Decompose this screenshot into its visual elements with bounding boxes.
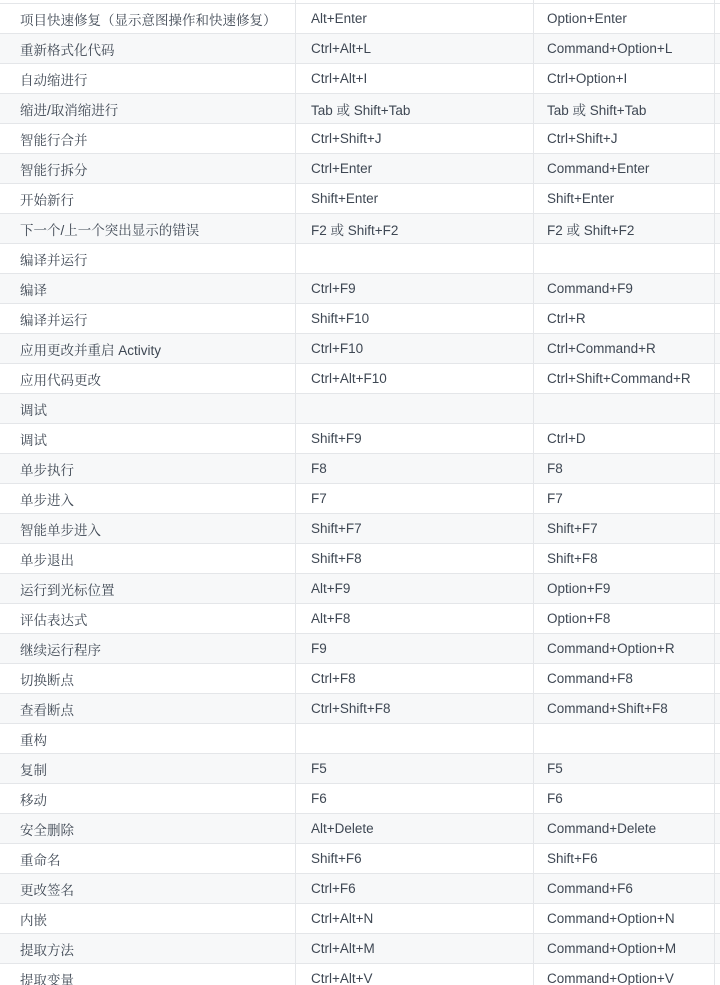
windows-shortcut-cell: Shift+F10 (295, 304, 533, 333)
action-cell: 编译并运行 (0, 244, 295, 273)
table-row: 智能行合并 Ctrl+Shift+J Ctrl+Shift+J (0, 123, 720, 153)
action-cell: 重命名 (0, 844, 295, 873)
table-edge-sliver (714, 484, 720, 513)
action-cell: 重构 (0, 724, 295, 753)
table-edge-sliver (714, 874, 720, 903)
action-cell: 下一个/上一个突出显示的错误 (0, 214, 295, 243)
action-cell: 继续运行程序 (0, 634, 295, 663)
windows-shortcut-cell: Ctrl+F9 (295, 274, 533, 303)
table-edge-sliver (714, 274, 720, 303)
mac-shortcut-cell: Command+Option+M (533, 934, 714, 963)
action-cell: 复制 (0, 754, 295, 783)
windows-shortcut-cell: Ctrl+Alt+N (295, 904, 533, 933)
windows-shortcut-cell: Ctrl+F6 (295, 874, 533, 903)
table-row: 内嵌 Ctrl+Alt+N Command+Option+N (0, 903, 720, 933)
action-cell: 编译 (0, 274, 295, 303)
table-edge-sliver (714, 94, 720, 123)
table-row: 智能单步进入 Shift+F7 Shift+F7 (0, 513, 720, 543)
windows-shortcut-cell: Shift+F6 (295, 844, 533, 873)
table-edge-sliver (714, 904, 720, 933)
action-cell: 智能行拆分 (0, 154, 295, 183)
mac-shortcut-cell (533, 0, 714, 3)
windows-shortcut-cell: Ctrl+Enter (295, 154, 533, 183)
table-row: 提取变量 Ctrl+Alt+V Command+Option+V (0, 963, 720, 985)
windows-shortcut-cell: F5 (295, 754, 533, 783)
table-edge-sliver (714, 244, 720, 273)
table-edge-sliver (714, 4, 720, 33)
table-edge-sliver (714, 754, 720, 783)
mac-shortcut-cell: F7 (533, 484, 714, 513)
action-cell: 应用代码更改 (0, 364, 295, 393)
mac-shortcut-cell: Command+F9 (533, 274, 714, 303)
action-cell: 提取方法 (0, 934, 295, 963)
mac-shortcut-cell: Shift+F7 (533, 514, 714, 543)
table-edge-sliver (714, 664, 720, 693)
windows-shortcut-cell: F8 (295, 454, 533, 483)
mac-shortcut-cell: Shift+F6 (533, 844, 714, 873)
action-cell: 提取变量 (0, 964, 295, 985)
table-row: 更改签名 Ctrl+F6 Command+F6 (0, 873, 720, 903)
table-row: 编译并运行 (0, 243, 720, 273)
table-row: 调试 (0, 393, 720, 423)
mac-shortcut-cell: Option+Enter (533, 4, 714, 33)
mac-shortcut-cell: Command+Option+L (533, 34, 714, 63)
windows-shortcut-cell: Ctrl+Alt+M (295, 934, 533, 963)
action-cell: 切换断点 (0, 664, 295, 693)
windows-shortcut-cell: Ctrl+Alt+L (295, 34, 533, 63)
action-cell: 单步执行 (0, 454, 295, 483)
table-row: 继续运行程序 F9 Command+Option+R (0, 633, 720, 663)
action-cell: 运行到光标位置 (0, 574, 295, 603)
action-cell: 安全删除 (0, 814, 295, 843)
mac-shortcut-cell: Command+Option+N (533, 904, 714, 933)
windows-shortcut-cell: Ctrl+Alt+V (295, 964, 533, 985)
mac-shortcut-cell: Ctrl+Option+I (533, 64, 714, 93)
table-edge-sliver (714, 454, 720, 483)
action-cell: 调试 (0, 394, 295, 423)
windows-shortcut-cell: Ctrl+F10 (295, 334, 533, 363)
table-edge-sliver (714, 124, 720, 153)
table-edge-sliver (714, 544, 720, 573)
action-cell: 调试 (0, 424, 295, 453)
mac-shortcut-cell (533, 394, 714, 423)
mac-shortcut-cell: Command+Delete (533, 814, 714, 843)
table-edge-sliver (714, 784, 720, 813)
windows-shortcut-cell (295, 244, 533, 273)
mac-shortcut-cell: F5 (533, 754, 714, 783)
action-cell: 更改签名 (0, 874, 295, 903)
table-row: 重命名 Shift+F6 Shift+F6 (0, 843, 720, 873)
action-cell: 移动 (0, 784, 295, 813)
table-edge-sliver (714, 694, 720, 723)
action-cell: 重新格式化代码 (0, 34, 295, 63)
table-row: 自动缩进行 Ctrl+Alt+I Ctrl+Option+I (0, 63, 720, 93)
table-row: 重构 (0, 723, 720, 753)
windows-shortcut-cell: Alt+F9 (295, 574, 533, 603)
windows-shortcut-cell: Alt+F8 (295, 604, 533, 633)
table-edge-sliver (714, 0, 720, 3)
windows-shortcut-cell: F9 (295, 634, 533, 663)
table-edge-sliver (714, 334, 720, 363)
mac-shortcut-cell: Command+Shift+F8 (533, 694, 714, 723)
windows-shortcut-cell: Ctrl+Shift+J (295, 124, 533, 153)
action-cell: 开始新行 (0, 184, 295, 213)
windows-shortcut-cell: F7 (295, 484, 533, 513)
table-row: 查看断点 Ctrl+Shift+F8 Command+Shift+F8 (0, 693, 720, 723)
table-row: 移动 F6 F6 (0, 783, 720, 813)
table-edge-sliver (714, 724, 720, 753)
windows-shortcut-cell (295, 724, 533, 753)
mac-shortcut-cell: Command+Enter (533, 154, 714, 183)
table-row: 调试 Shift+F9 Ctrl+D (0, 423, 720, 453)
shortcut-reference-page: 项目快速修复（显示意图操作和快速修复） Alt+Enter Option+Ent… (0, 0, 720, 985)
windows-shortcut-cell: Shift+F7 (295, 514, 533, 543)
table-row: 应用代码更改 Ctrl+Alt+F10 Ctrl+Shift+Command+R (0, 363, 720, 393)
windows-shortcut-cell: Ctrl+F8 (295, 664, 533, 693)
action-cell: 智能行合并 (0, 124, 295, 153)
action-cell: 编译并运行 (0, 304, 295, 333)
mac-shortcut-cell: Option+F8 (533, 604, 714, 633)
windows-shortcut-cell (295, 0, 533, 3)
table-row: 运行到光标位置 Alt+F9 Option+F9 (0, 573, 720, 603)
windows-shortcut-cell: Ctrl+Alt+F10 (295, 364, 533, 393)
action-cell: 智能单步进入 (0, 514, 295, 543)
table-row: 重新格式化代码 Ctrl+Alt+L Command+Option+L (0, 33, 720, 63)
table-row: 切换断点 Ctrl+F8 Command+F8 (0, 663, 720, 693)
mac-shortcut-cell: Ctrl+R (533, 304, 714, 333)
mac-shortcut-cell (533, 724, 714, 753)
table-row: 项目快速修复（显示意图操作和快速修复） Alt+Enter Option+Ent… (0, 3, 720, 33)
table-row: 提取方法 Ctrl+Alt+M Command+Option+M (0, 933, 720, 963)
table-edge-sliver (714, 964, 720, 985)
table-row: 编译并运行 Shift+F10 Ctrl+R (0, 303, 720, 333)
windows-shortcut-cell (295, 394, 533, 423)
table-row: 单步退出 Shift+F8 Shift+F8 (0, 543, 720, 573)
mac-shortcut-cell: Ctrl+D (533, 424, 714, 453)
shortcut-table: 项目快速修复（显示意图操作和快速修复） Alt+Enter Option+Ent… (0, 0, 720, 985)
table-edge-sliver (714, 604, 720, 633)
table-edge-sliver (714, 634, 720, 663)
table-edge-sliver (714, 34, 720, 63)
table-row: 下一个/上一个突出显示的错误 F2 或 Shift+F2 F2 或 Shift+… (0, 213, 720, 243)
windows-shortcut-cell: Tab 或 Shift+Tab (295, 94, 533, 123)
mac-shortcut-cell: Command+Option+V (533, 964, 714, 985)
windows-shortcut-cell: F2 或 Shift+F2 (295, 214, 533, 243)
action-cell: 缩进/取消缩进行 (0, 94, 295, 123)
table-edge-sliver (714, 814, 720, 843)
table-row: 缩进/取消缩进行 Tab 或 Shift+Tab Tab 或 Shift+Tab (0, 93, 720, 123)
table-row: 评估表达式 Alt+F8 Option+F8 (0, 603, 720, 633)
table-row: 智能行拆分 Ctrl+Enter Command+Enter (0, 153, 720, 183)
action-cell: 查看断点 (0, 694, 295, 723)
mac-shortcut-cell: F6 (533, 784, 714, 813)
table-edge-sliver (714, 154, 720, 183)
table-edge-sliver (714, 214, 720, 243)
table-edge-sliver (714, 394, 720, 423)
table-edge-sliver (714, 844, 720, 873)
mac-shortcut-cell: Shift+F8 (533, 544, 714, 573)
mac-shortcut-cell: Ctrl+Command+R (533, 334, 714, 363)
mac-shortcut-cell: Command+F6 (533, 874, 714, 903)
mac-shortcut-cell: Shift+Enter (533, 184, 714, 213)
mac-shortcut-cell (533, 244, 714, 273)
table-edge-sliver (714, 64, 720, 93)
table-edge-sliver (714, 934, 720, 963)
windows-shortcut-cell: Alt+Enter (295, 4, 533, 33)
table-edge-sliver (714, 184, 720, 213)
windows-shortcut-cell: Shift+F8 (295, 544, 533, 573)
table-edge-sliver (714, 304, 720, 333)
table-edge-sliver (714, 514, 720, 543)
mac-shortcut-cell: Command+F8 (533, 664, 714, 693)
windows-shortcut-cell: F6 (295, 784, 533, 813)
action-cell: 应用更改并重启 Activity (0, 334, 295, 363)
table-row: 应用更改并重启 Activity Ctrl+F10 Ctrl+Command+R (0, 333, 720, 363)
mac-shortcut-cell: Option+F9 (533, 574, 714, 603)
table-row: 单步进入 F7 F7 (0, 483, 720, 513)
mac-shortcut-cell: Tab 或 Shift+Tab (533, 94, 714, 123)
action-cell: 自动缩进行 (0, 64, 295, 93)
action-cell: 单步退出 (0, 544, 295, 573)
mac-shortcut-cell: Ctrl+Shift+Command+R (533, 364, 714, 393)
table-row: 单步执行 F8 F8 (0, 453, 720, 483)
action-cell: 评估表达式 (0, 604, 295, 633)
table-row: 开始新行 Shift+Enter Shift+Enter (0, 183, 720, 213)
mac-shortcut-cell: Command+Option+R (533, 634, 714, 663)
windows-shortcut-cell: Shift+Enter (295, 184, 533, 213)
windows-shortcut-cell: Ctrl+Alt+I (295, 64, 533, 93)
action-cell: 项目快速修复（显示意图操作和快速修复） (0, 4, 295, 33)
action-cell (0, 0, 295, 3)
table-row: 编译 Ctrl+F9 Command+F9 (0, 273, 720, 303)
table-row: 安全删除 Alt+Delete Command+Delete (0, 813, 720, 843)
table-edge-sliver (714, 364, 720, 393)
table-edge-sliver (714, 424, 720, 453)
mac-shortcut-cell: Ctrl+Shift+J (533, 124, 714, 153)
mac-shortcut-cell: F8 (533, 454, 714, 483)
windows-shortcut-cell: Shift+F9 (295, 424, 533, 453)
table-row: 复制 F5 F5 (0, 753, 720, 783)
action-cell: 内嵌 (0, 904, 295, 933)
windows-shortcut-cell: Alt+Delete (295, 814, 533, 843)
mac-shortcut-cell: F2 或 Shift+F2 (533, 214, 714, 243)
windows-shortcut-cell: Ctrl+Shift+F8 (295, 694, 533, 723)
action-cell: 单步进入 (0, 484, 295, 513)
table-edge-sliver (714, 574, 720, 603)
table-top-sliver (0, 0, 720, 3)
